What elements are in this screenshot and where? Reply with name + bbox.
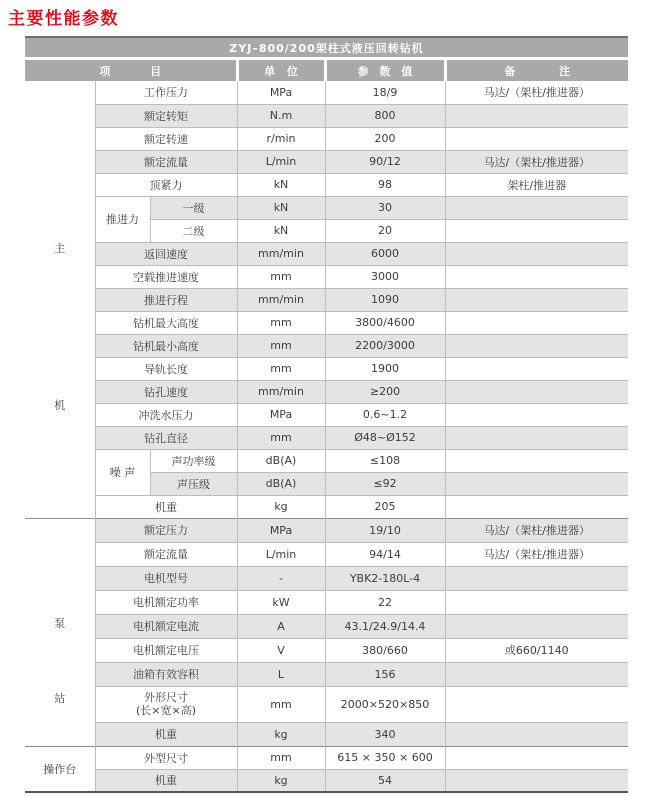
cell-value: 22 <box>325 590 445 614</box>
cell-item: 外型尺寸 <box>95 746 237 769</box>
cell-value: ≤92 <box>325 472 445 495</box>
cell-value: 54 <box>325 769 445 792</box>
cell-note <box>445 242 628 265</box>
cell-unit: mm <box>237 686 325 722</box>
cell-note: 架柱/推进器 <box>445 173 628 196</box>
table-row: 额定流量L/min90/12马达/（架柱/推进器） <box>25 150 628 173</box>
cell-item-line2: (长×宽×高) <box>96 704 237 717</box>
cell-item: 推进行程 <box>95 288 237 311</box>
group-cell-pump-station: 泵站 <box>25 518 95 746</box>
group-label-char: 机 <box>25 400 95 411</box>
table-row: 噪 声声功率级dB(A)≤108 <box>25 449 628 472</box>
table-title: ZYJ–800/200架柱式液压回转钻机 <box>25 37 628 59</box>
table-row: 额定转矩N.m800 <box>25 104 628 127</box>
cell-unit: kg <box>237 769 325 792</box>
cell-value: 30 <box>325 196 445 219</box>
table-row: 返回速度mm/min6000 <box>25 242 628 265</box>
cell-note: 马达/（架柱/推进器） <box>445 150 628 173</box>
cell-note: 马达/（架柱/推进器） <box>445 542 628 566</box>
cell-value: 6000 <box>325 242 445 265</box>
cell-note <box>445 311 628 334</box>
column-header-value: 参 数 值 <box>325 59 445 82</box>
table-row: 主机工作压力MPa18/9马达/（架柱/推进器） <box>25 81 628 104</box>
cell-unit: kg <box>237 495 325 518</box>
cell-note <box>445 662 628 686</box>
table-row: 操作台外型尺寸mm615 × 350 × 600 <box>25 746 628 769</box>
cell-value: 205 <box>325 495 445 518</box>
cell-note <box>445 472 628 495</box>
cell-note <box>445 380 628 403</box>
cell-item: 额定流量 <box>95 542 237 566</box>
cell-unit: V <box>237 638 325 662</box>
cell-item: 冲洗水压力 <box>95 403 237 426</box>
cell-note <box>445 219 628 242</box>
cell-unit: kg <box>237 722 325 746</box>
cell-value: 1900 <box>325 357 445 380</box>
table-row: 顶紧力kN98架柱/推进器 <box>25 173 628 196</box>
cell-unit: - <box>237 566 325 590</box>
table-row: 外形尺寸(长×宽×高)mm2000×520×850 <box>25 686 628 722</box>
cell-note <box>445 590 628 614</box>
cell-value: 18/9 <box>325 81 445 104</box>
cell-unit: kW <box>237 590 325 614</box>
cell-value: ≥200 <box>325 380 445 403</box>
cell-value: 380/660 <box>325 638 445 662</box>
table-row: 电机额定功率kW22 <box>25 590 628 614</box>
cell-unit: mm/min <box>237 242 325 265</box>
cell-item-sub: 一级 <box>150 196 237 219</box>
cell-note <box>445 746 628 769</box>
group-label: 操作台 <box>43 763 76 776</box>
table-row: 冲洗水压力MPa0.6~1.2 <box>25 403 628 426</box>
cell-item: 机重 <box>95 769 237 792</box>
cell-unit: mm <box>237 746 325 769</box>
spec-table: ZYJ–800/200架柱式液压回转钻机 项 目 单 位 参 数 值 备 注 主… <box>25 36 628 793</box>
cell-item-sub: 声功率级 <box>150 449 237 472</box>
cell-note <box>445 104 628 127</box>
table-row: 额定转速r/min200 <box>25 127 628 150</box>
cell-note <box>445 566 628 590</box>
cell-item-line1: 外形尺寸 <box>96 691 237 704</box>
cell-item: 额定转速 <box>95 127 237 150</box>
spec-table-body: 主机工作压力MPa18/9马达/（架柱/推进器）额定转矩N.m800额定转速r/… <box>25 81 628 792</box>
cell-note <box>445 265 628 288</box>
cell-unit: mm/min <box>237 288 325 311</box>
spec-table-head: ZYJ–800/200架柱式液压回转钻机 项 目 单 位 参 数 值 备 注 <box>25 37 628 81</box>
cell-item: 返回速度 <box>95 242 237 265</box>
table-row: 油箱有效容积L156 <box>25 662 628 686</box>
table-row: 钻机最小高度mm2200/3000 <box>25 334 628 357</box>
cell-value: 90/12 <box>325 150 445 173</box>
cell-item: 额定转矩 <box>95 104 237 127</box>
cell-item: 额定压力 <box>95 518 237 542</box>
cell-item-group: 噪 声 <box>95 449 150 495</box>
table-row: 钻孔速度mm/min≥200 <box>25 380 628 403</box>
table-row: 导轨长度mm1900 <box>25 357 628 380</box>
table-row: 额定流量L/min94/14马达/（架柱/推进器） <box>25 542 628 566</box>
group-cell-main-machine: 主机 <box>25 81 95 518</box>
column-header-note: 备 注 <box>445 59 628 82</box>
group-label-char: 站 <box>25 693 95 704</box>
cell-value: 800 <box>325 104 445 127</box>
cell-note <box>445 722 628 746</box>
cell-item-group: 推进力 <box>95 196 150 242</box>
cell-unit: MPa <box>237 81 325 104</box>
cell-item: 工作压力 <box>95 81 237 104</box>
cell-note: 马达/（架柱/推进器） <box>445 518 628 542</box>
cell-unit: MPa <box>237 518 325 542</box>
cell-unit: N.m <box>237 104 325 127</box>
cell-unit: L/min <box>237 542 325 566</box>
table-row: 空载推进速度mm3000 <box>25 265 628 288</box>
cell-unit: mm <box>237 334 325 357</box>
cell-value: 3800/4600 <box>325 311 445 334</box>
cell-note <box>445 357 628 380</box>
cell-value: 1090 <box>325 288 445 311</box>
cell-item: 机重 <box>95 495 237 518</box>
cell-item: 外形尺寸(长×宽×高) <box>95 686 237 722</box>
cell-note <box>445 127 628 150</box>
cell-value: 340 <box>325 722 445 746</box>
cell-value: Ø48~Ø152 <box>325 426 445 449</box>
cell-note <box>445 449 628 472</box>
cell-value: 200 <box>325 127 445 150</box>
cell-value: 43.1/24.9/14.4 <box>325 614 445 638</box>
cell-value: 615 × 350 × 600 <box>325 746 445 769</box>
cell-item: 电机额定电压 <box>95 638 237 662</box>
cell-value: 0.6~1.2 <box>325 403 445 426</box>
cell-item: 导轨长度 <box>95 357 237 380</box>
cell-note <box>445 614 628 638</box>
cell-unit: mm <box>237 426 325 449</box>
cell-unit: L/min <box>237 150 325 173</box>
table-row: 推进行程mm/min1090 <box>25 288 628 311</box>
table-row: 机重kg54 <box>25 769 628 792</box>
group-label-char: 主 <box>25 243 95 254</box>
table-row: 机重kg340 <box>25 722 628 746</box>
cell-note <box>445 769 628 792</box>
cell-note <box>445 403 628 426</box>
table-title-row: ZYJ–800/200架柱式液压回转钻机 <box>25 37 628 59</box>
cell-item: 电机额定功率 <box>95 590 237 614</box>
cell-value: ≤108 <box>325 449 445 472</box>
cell-unit: dB(A) <box>237 449 325 472</box>
cell-item: 额定流量 <box>95 150 237 173</box>
cell-item: 钻机最小高度 <box>95 334 237 357</box>
cell-note <box>445 288 628 311</box>
cell-item-sub: 二级 <box>150 219 237 242</box>
cell-value: 20 <box>325 219 445 242</box>
cell-item: 钻机最大高度 <box>95 311 237 334</box>
column-header-row: 项 目 单 位 参 数 值 备 注 <box>25 59 628 82</box>
cell-item: 钻孔速度 <box>95 380 237 403</box>
cell-value: 94/14 <box>325 542 445 566</box>
table-row: 电机额定电压V380/660或660/1140 <box>25 638 628 662</box>
cell-unit: mm <box>237 311 325 334</box>
cell-unit: mm/min <box>237 380 325 403</box>
page-title: 主要性能参数 <box>8 9 653 29</box>
cell-note <box>445 334 628 357</box>
group-label-char: 泵 <box>25 618 95 629</box>
cell-value: YBK2-180L-4 <box>325 566 445 590</box>
cell-item: 电机额定电流 <box>95 614 237 638</box>
cell-note <box>445 426 628 449</box>
table-row: 机重kg205 <box>25 495 628 518</box>
cell-unit: kN <box>237 219 325 242</box>
cell-item: 顶紧力 <box>95 173 237 196</box>
table-row: 电机型号-YBK2-180L-4 <box>25 566 628 590</box>
cell-value: 2000×520×850 <box>325 686 445 722</box>
cell-item: 机重 <box>95 722 237 746</box>
cell-item: 电机型号 <box>95 566 237 590</box>
cell-value: 156 <box>325 662 445 686</box>
cell-unit: A <box>237 614 325 638</box>
cell-unit: dB(A) <box>237 472 325 495</box>
cell-value: 19/10 <box>325 518 445 542</box>
cell-unit: MPa <box>237 403 325 426</box>
cell-note <box>445 196 628 219</box>
cell-value: 98 <box>325 173 445 196</box>
cell-unit: kN <box>237 196 325 219</box>
cell-item: 钻孔直径 <box>95 426 237 449</box>
cell-item: 油箱有效容积 <box>95 662 237 686</box>
cell-item-sub: 声压级 <box>150 472 237 495</box>
table-row: 钻机最大高度mm3800/4600 <box>25 311 628 334</box>
cell-value: 3000 <box>325 265 445 288</box>
column-header-unit: 单 位 <box>237 59 325 82</box>
cell-unit: r/min <box>237 127 325 150</box>
cell-unit: mm <box>237 265 325 288</box>
cell-unit: mm <box>237 357 325 380</box>
cell-note: 或660/1140 <box>445 638 628 662</box>
table-row: 钻孔直径mmØ48~Ø152 <box>25 426 628 449</box>
cell-note: 马达/（架柱/推进器） <box>445 81 628 104</box>
cell-unit: kN <box>237 173 325 196</box>
cell-unit: L <box>237 662 325 686</box>
table-row: 推进力一级kN30 <box>25 196 628 219</box>
cell-item: 空载推进速度 <box>95 265 237 288</box>
cell-value: 2200/3000 <box>325 334 445 357</box>
group-cell-console: 操作台 <box>25 746 95 792</box>
cell-note <box>445 495 628 518</box>
cell-note <box>445 686 628 722</box>
column-header-item: 项 目 <box>25 59 237 82</box>
table-row: 电机额定电流A43.1/24.9/14.4 <box>25 614 628 638</box>
table-row: 泵站额定压力MPa19/10马达/（架柱/推进器） <box>25 518 628 542</box>
